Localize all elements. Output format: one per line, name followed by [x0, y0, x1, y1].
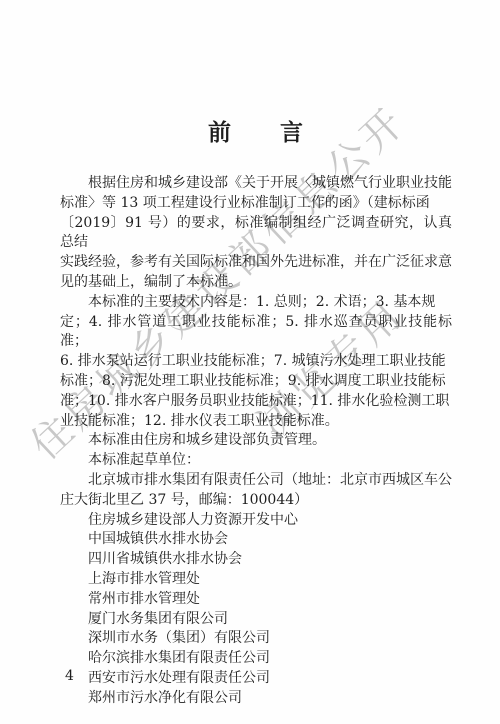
page-content: 前 言 根据住房和城乡建设部《关于开展〈城镇燃气行业职业技能 标准〉等 13 项… — [60, 118, 452, 709]
drafting-unit: 厦门水务集团有限公司 — [60, 610, 452, 630]
drafting-unit: 北京城市排水集团有限责任公司（地址：北京市西城区车公 庄大街北里乙 37 号，邮… — [60, 471, 452, 511]
paragraph-technical-contents: 本标准的主要技术内容是：1. 总则；2. 术语；3. 基本规 定；4. 排水管道… — [60, 293, 452, 432]
page-title: 前 言 — [60, 118, 452, 148]
drafting-unit: 西安市污水处理有限责任公司 — [60, 669, 452, 689]
drafting-unit: 四川省城镇供水排水协会 — [60, 550, 452, 570]
drafting-unit: 深圳市水务（集团）有限公司 — [60, 629, 452, 649]
page-number: 4 — [65, 668, 74, 684]
drafting-unit: 中国城镇供水排水协会 — [60, 530, 452, 550]
drafting-unit: 哈尔滨排水集团有限责任公司 — [60, 649, 452, 669]
drafting-unit: 住房城乡建设部人力资源开发中心 — [60, 511, 452, 531]
paragraph-basis: 根据住房和城乡建设部《关于开展〈城镇燃气行业职业技能 标准〉等 13 项工程建设… — [60, 174, 452, 293]
document-page: 住房城乡建设部信息公开 浏览专用 前 言 根据住房和城乡建设部《关于开展〈城镇燃… — [0, 0, 500, 724]
paragraph-management: 本标准由住房和城乡建设部负责管理。 — [60, 431, 452, 451]
paragraph-drafting-units-heading: 本标准起草单位： — [60, 451, 452, 471]
drafting-unit: 郑州市污水净化有限公司 — [60, 689, 452, 709]
drafting-unit: 上海市排水管理处 — [60, 570, 452, 590]
drafting-unit: 常州市排水管理处 — [60, 590, 452, 610]
